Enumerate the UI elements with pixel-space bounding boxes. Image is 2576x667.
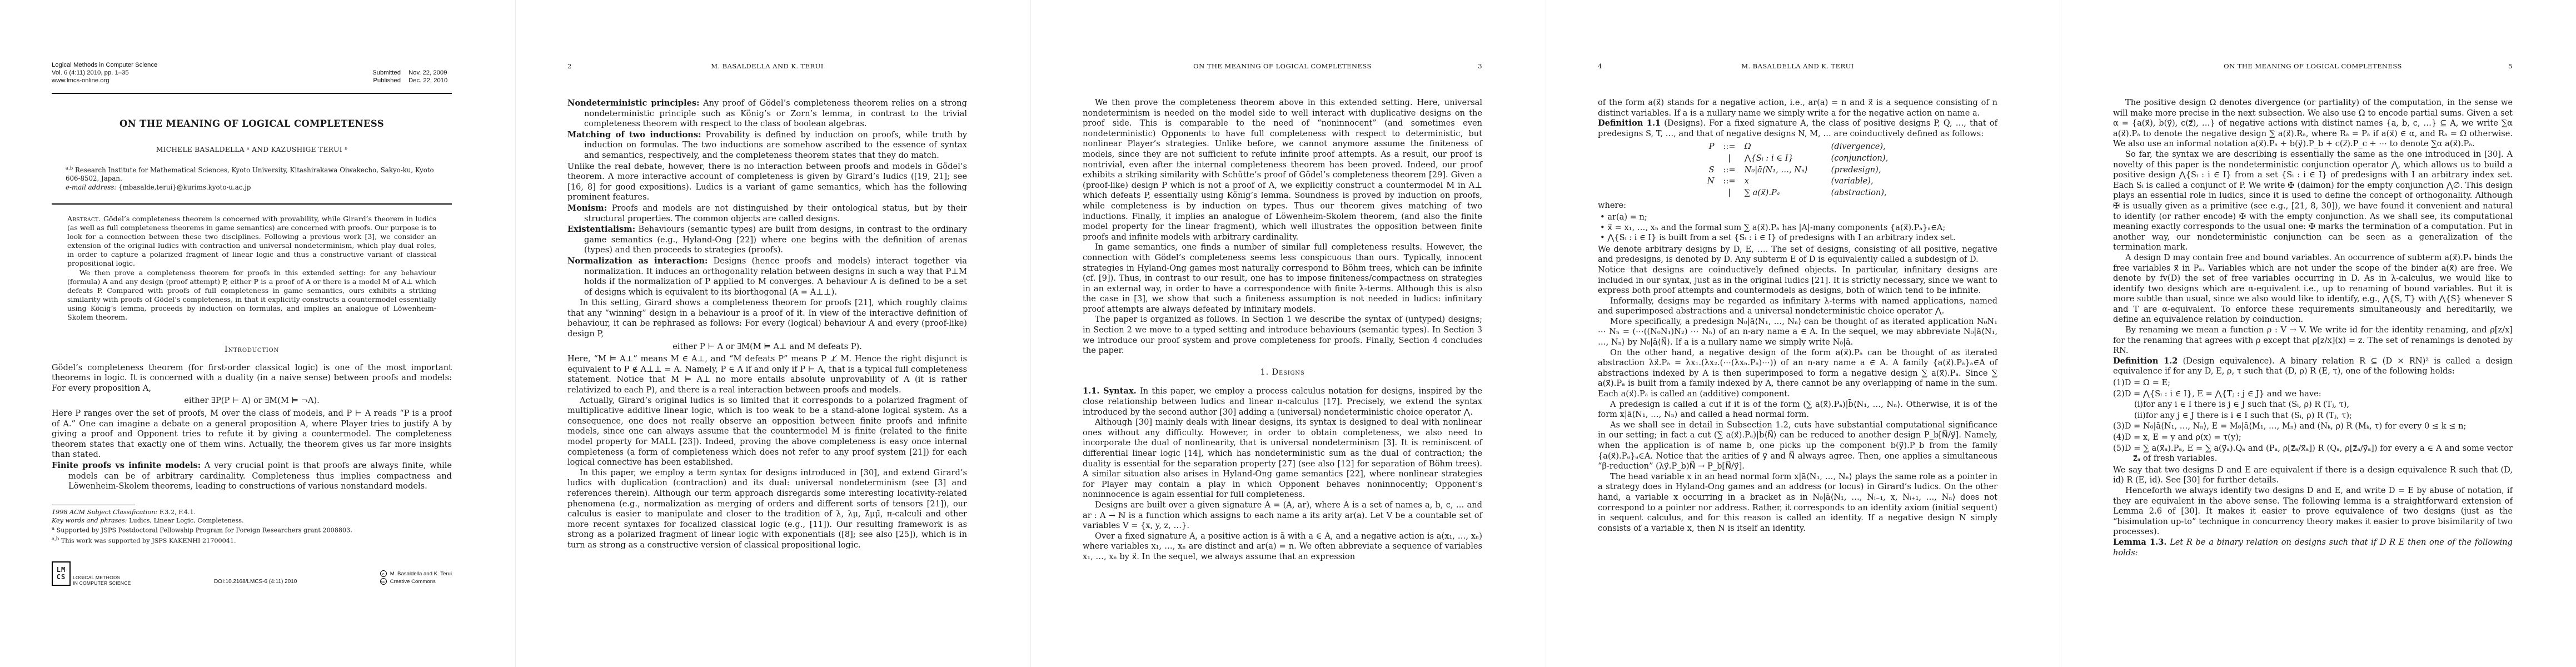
- running-title: M. BASALDELLA AND K. TERUI: [1631, 62, 1964, 70]
- numbered-item: (4)D = x, E = y and ρ(x) = τ(y);: [2113, 432, 2513, 443]
- item-text: Proofs and models are not distinguished …: [584, 203, 967, 223]
- copyright-text: M. Basaldella and K. Terui: [390, 571, 452, 577]
- numbered-subitem: (ii)for any j ∈ J there is i ∈ I such th…: [2113, 411, 2513, 421]
- section-heading: Introduction: [52, 345, 452, 355]
- running-head: ON THE MEANING OF LOGICAL COMPLETENESS 5: [2113, 62, 2513, 70]
- page-1: Logical Methods in Computer Science Vol.…: [0, 0, 515, 667]
- grammar-cell: |: [1723, 188, 1736, 198]
- item-label: Nondeterministic principles:: [567, 98, 700, 108]
- running-head: 2 M. BASALDELLA AND K. TERUI: [567, 62, 967, 70]
- item-number: (1): [2113, 378, 2125, 387]
- paragraph: As we shall see in detail in Subsection …: [1598, 420, 1997, 472]
- page-5-body: The positive design Ω denotes divergence…: [2113, 98, 2513, 558]
- submitted-date: Nov. 22, 2009: [408, 69, 452, 77]
- paragraph: In this setting, Girard shows a complete…: [567, 298, 967, 339]
- paragraph: In game semantics, one finds a number of…: [1083, 242, 1482, 315]
- bullet-item: • ⋀{Sᵢ : i ∈ I} is built from a set {Sᵢ …: [1598, 233, 1997, 243]
- lmcs-logo-bottom: CS: [57, 574, 66, 581]
- published-row: PublishedDec. 22, 2010: [372, 77, 452, 84]
- numbered-list: (1)D = Ω = E;(2)D = ⋀{Sᵢ : i ∈ I}, E = ⋀…: [2113, 378, 2513, 464]
- abstract-paragraph-1: Abstract. Gödel’s completeness theorem i…: [67, 215, 436, 268]
- paragraph: A predesign is called a cut if it is of …: [1598, 400, 1997, 420]
- paragraph: Although [30] mainly deals with linear d…: [1083, 417, 1482, 500]
- paper-spread: { "pages": [ { "front": { "masthead": { …: [0, 0, 2576, 667]
- item-text: D = N₀|ā⟨N₁, …, Nₙ⟩, E = M₀|ā⟨M₁, …, Mₙ⟩…: [2125, 421, 2467, 431]
- grammar-cell: x: [1745, 176, 1808, 187]
- labelled-item: Monism: Proofs and models are not distin…: [567, 203, 967, 224]
- bullet-icon: •: [1600, 233, 1607, 242]
- abstract-rule: [52, 203, 452, 205]
- license-block: cM. Basaldella and K. Terui ccCreative C…: [380, 570, 452, 586]
- page-4-body: of the form a(x⃗) stands for a negative …: [1598, 98, 1997, 534]
- email-label: e-mail address:: [66, 183, 116, 191]
- grammar-cell: (abstraction),: [1817, 188, 1889, 198]
- footnote-rule: [52, 505, 135, 505]
- item-text: Behaviours (semantic types) are built fr…: [584, 225, 967, 255]
- lmcs-caption-line2: IN COMPUTER SCIENCE: [73, 580, 131, 586]
- authors-line: MICHELE BASALDELLA ᵃ AND KAZUSHIGE TERUI…: [52, 146, 452, 153]
- def-paragraph: Definition 1.2 (Design equivalence). A b…: [2113, 356, 2513, 377]
- masthead-rule: [52, 93, 452, 94]
- journal-volume: Vol. 6 (4:11) 2010, pp. 1–35: [52, 69, 157, 77]
- grammar-cell: [1707, 153, 1715, 164]
- journal-name: Logical Methods in Computer Science: [52, 61, 157, 69]
- bullet-icon: •: [1600, 212, 1607, 222]
- page-number-right: [934, 62, 967, 70]
- copyright-line: cM. Basaldella and K. Terui: [380, 570, 452, 578]
- paragraph: More specifically, a predesign N₀|ā⟨N₁, …: [1598, 317, 1997, 348]
- page-4: 4 M. BASALDELLA AND K. TERUI of the form…: [1546, 0, 2061, 667]
- item-label: Normalization as interaction:: [567, 256, 707, 266]
- item-text: D = ∑ a(x⃗ₐ).Pₐ, E = ∑ a(y⃗ₐ).Qₐ and (Pₐ…: [2125, 444, 2513, 464]
- paragraph: A design D may contain free and bound va…: [2113, 253, 2513, 325]
- grammar-cell: S: [1707, 165, 1715, 176]
- item-label: Monism:: [567, 203, 607, 213]
- grammar-cell: |: [1723, 153, 1736, 164]
- footnote-keywords: Key words and phrases: Ludics, Linear Lo…: [52, 517, 452, 525]
- paren-note: (Designs).: [1664, 118, 1706, 128]
- paragraph: We then prove the completeness theorem a…: [1083, 98, 1482, 242]
- grammar-cell: ⋀{Sᵢ : i ∈ I}: [1745, 153, 1808, 164]
- page-number: [1083, 62, 1116, 70]
- paragraph: Here, “M ⊨ A⊥” means M ∈ A⊥, and “M defe…: [567, 354, 967, 395]
- submitted-label: Submitted: [372, 69, 401, 76]
- grammar-cell: ::=: [1723, 176, 1736, 187]
- labelled-item: Normalization as interaction: Designs (h…: [567, 256, 967, 297]
- numbered-item: (2)D = ⋀{Sᵢ : i ∈ I}, E = ⋀{Tⱼ : j ∈ J} …: [2113, 389, 2513, 400]
- footnote-marker: a,b: [52, 536, 59, 542]
- grammar-cell: (conjunction),: [1817, 153, 1889, 164]
- paragraph: Over a fixed signature A, a positive act…: [1083, 531, 1482, 563]
- labelled-item: Nondeterministic principles: Any proof o…: [567, 98, 967, 130]
- page-number: 2: [567, 62, 601, 70]
- grammar-cell: [1707, 188, 1715, 198]
- subitem-text: for any j ∈ J there is i ∈ I such that (…: [2146, 411, 2352, 420]
- page-2-body: Nondeterministic principles: Any proof o…: [567, 98, 967, 551]
- item-number: (5): [2113, 444, 2125, 453]
- grammar-cell: P: [1707, 142, 1715, 152]
- display-formula: either P ⊢ A or ∃M(M ⊨ A⊥ and M defeats …: [567, 342, 967, 352]
- footnotes: 1998 ACM Subject Classification: F.3.2, …: [52, 505, 452, 545]
- running-title: M. BASALDELLA AND K. TERUI: [601, 62, 934, 70]
- paragraph: The positive design Ω denotes divergence…: [2113, 98, 2513, 150]
- abstract-label: Abstract.: [67, 215, 101, 223]
- publisher-footer: LM CS LOGICAL METHODS IN COMPUTER SCIENC…: [52, 561, 452, 586]
- doi-text: DOI:10.2168/LMCS-6 (4:11) 2010: [131, 579, 380, 585]
- paragraph: Designs are built over a given signature…: [1083, 500, 1482, 531]
- footnote-support-ab: a,b This work was supported by JSPS KAKE…: [52, 535, 452, 545]
- item-number: (3): [2113, 421, 2125, 431]
- published-date: Dec. 22, 2010: [408, 77, 452, 84]
- page-spread: Logical Methods in Computer Science Vol.…: [0, 0, 2576, 667]
- grammar-cell: (divergence),: [1817, 142, 1889, 152]
- paragraph: We say that two designs D and E are equi…: [2113, 465, 2513, 486]
- paragraph: Here P ranges over the set of proofs, M …: [52, 409, 452, 460]
- lemma-text: Let R be a binary relation on designs su…: [2113, 537, 2513, 558]
- item-text: D = Ω = E;: [2125, 378, 2170, 387]
- footnote-support-a: a Supported by JSPS Postdoctoral Fellows…: [52, 525, 452, 535]
- paragraph-text: In this paper, we employ a process calcu…: [1083, 386, 1482, 416]
- labelled-item: Matching of two inductions: Provability …: [567, 130, 967, 161]
- display-formula: either ∃P(P ⊢ A) or ∃M(M ⊨ ¬A).: [52, 396, 452, 406]
- running-title: ON THE MEANING OF LOGICAL COMPLETENESS: [1116, 62, 1449, 70]
- subsection-paragraph: 1.1. Syntax. In this paper, we employ a …: [1083, 386, 1482, 417]
- license-text: Creative Commons: [390, 579, 436, 585]
- numbered-subitem: (i)for any i ∈ I there is j ∈ J such tha…: [2113, 400, 2513, 410]
- numbered-item: (1)D = Ω = E;: [2113, 378, 2513, 389]
- footnote-text: F.3.2, F.4.1.: [160, 509, 196, 516]
- paragraph: Unlike the real debate, however, there i…: [567, 162, 967, 203]
- bullet-text: ar(a) = n;: [1607, 212, 1647, 222]
- paragraph: We denote arbitrary designs by D, E, …. …: [1598, 245, 1997, 265]
- affiliation-block: a,b Research Institute for Mathematical …: [66, 165, 449, 192]
- footnote-marker: a: [52, 526, 54, 531]
- page-number-right: 3: [1449, 62, 1482, 70]
- affiliation-line: a,b Research Institute for Mathematical …: [66, 165, 449, 183]
- numbered-item: (5)D = ∑ a(x⃗ₐ).Pₐ, E = ∑ a(y⃗ₐ).Qₐ and …: [2113, 444, 2513, 464]
- item-text: D = ⋀{Sᵢ : i ∈ I}, E = ⋀{Tⱼ : j ∈ J} and…: [2125, 389, 2321, 399]
- def-paragraph: Definition 1.1 (Designs). For a fixed si…: [1598, 118, 1997, 139]
- footnote-text: Supported by JSPS Postdoctoral Fellowshi…: [57, 527, 352, 534]
- subitem-text: for any i ∈ I there is j ∈ J such that (…: [2143, 400, 2349, 409]
- paper-title: ON THE MEANING OF LOGICAL COMPLETENESS: [52, 118, 452, 129]
- def-label: Definition 1.2: [2113, 356, 2178, 366]
- page-1-body: IntroductionGödel’s completeness theorem…: [52, 337, 452, 505]
- abstract: Abstract. Gödel’s completeness theorem i…: [67, 215, 436, 322]
- copyright-icon: c: [380, 570, 387, 577]
- license-line: ccCreative Commons: [380, 578, 452, 586]
- grammar-cell: N: [1707, 176, 1715, 187]
- grammar-cell: N₀|ā⟨N₁, …, Nₙ⟩: [1745, 165, 1808, 176]
- affiliation-text: Research Institute for Mathematical Scie…: [66, 166, 434, 182]
- abstract-text-1: Gödel’s completeness theorem is concerne…: [67, 215, 436, 267]
- published-label: Published: [373, 77, 401, 84]
- item-label: Finite proofs vs infinite models:: [52, 461, 201, 470]
- journal-url: www.lmcs-online.org: [52, 77, 157, 84]
- footnote-label: 1998 ACM Subject Classification:: [52, 509, 157, 516]
- bullet-icon: •: [1600, 223, 1607, 232]
- email-line: e-mail address: {mbasalde,terui}@kurims.…: [66, 183, 449, 192]
- lmcs-caption: LOGICAL METHODS IN COMPUTER SCIENCE: [73, 575, 131, 586]
- footnote-text: Ludics, Linear Logic, Completeness.: [129, 517, 243, 524]
- page-5: ON THE MEANING OF LOGICAL COMPLETENESS 5…: [2061, 0, 2576, 667]
- grammar-cell: ::=: [1723, 165, 1736, 176]
- bullet-item: • x⃗ = x₁, …, xₙ and the formal sum ∑ a(…: [1598, 223, 1997, 233]
- page-number-right: 5: [2479, 62, 2513, 70]
- grammar-cell: ∑ a(x⃗).Pₐ: [1745, 188, 1808, 198]
- page-number-right: [1964, 62, 1997, 70]
- bullet-item: • ar(a) = n;: [1598, 212, 1997, 223]
- journal-masthead: Logical Methods in Computer Science Vol.…: [52, 61, 452, 84]
- lemma-label: Lemma 1.3.: [2113, 537, 2166, 547]
- page-2: 2 M. BASALDELLA AND K. TERUI Nondetermin…: [515, 0, 1030, 667]
- bullet-text: x⃗ = x₁, …, xₙ and the formal sum ∑ a(x⃗…: [1607, 223, 1945, 232]
- submission-dates: SubmittedNov. 22, 2009 PublishedDec. 22,…: [372, 69, 452, 84]
- subsection-title: 1.1. Syntax.: [1083, 386, 1137, 396]
- paragraph: Gödel’s completeness theorem (for first-…: [52, 363, 452, 394]
- paragraph: In this paper, we employ a term syntax f…: [567, 468, 967, 551]
- paragraph: Actually, Girard’s original ludics is so…: [567, 396, 967, 468]
- grammar-grid: P::=Ω(divergence),|⋀{Sᵢ : i ∈ I}(conjunc…: [1707, 142, 1889, 198]
- section-heading: 1. Designs: [1083, 367, 1482, 378]
- item-number: (2): [2113, 389, 2125, 399]
- paragraph: On the other hand, a negative design of …: [1598, 348, 1997, 400]
- grammar-cell: Ω: [1745, 142, 1808, 152]
- journal-info: Logical Methods in Computer Science Vol.…: [52, 61, 157, 84]
- page-number: [2113, 62, 2146, 70]
- paragraph: The head variable x in an head normal fo…: [1598, 472, 1997, 534]
- lmcs-caption-line1: LOGICAL METHODS: [73, 575, 131, 580]
- def-label: Definition 1.1: [1598, 118, 1661, 128]
- subitem-number: (i): [2134, 400, 2143, 409]
- subitem-number: (ii): [2134, 411, 2146, 420]
- email-address: {mbasalde,terui}@kurims.kyoto-u.ac.jp: [118, 183, 251, 191]
- running-head: ON THE MEANING OF LOGICAL COMPLETENESS 3: [1083, 62, 1482, 70]
- running-title: ON THE MEANING OF LOGICAL COMPLETENESS: [2146, 62, 2479, 70]
- abstract-paragraph-2: We then prove a completeness theorem for…: [67, 268, 436, 322]
- grammar-cell: (variable),: [1817, 176, 1889, 187]
- grammar-cell: (predesign),: [1817, 165, 1889, 176]
- numbered-item: (3)D = N₀|ā⟨N₁, …, Nₙ⟩, E = M₀|ā⟨M₁, …, …: [2113, 421, 2513, 432]
- paragraph: By renaming we mean a function ρ : V → V…: [2113, 325, 2513, 356]
- lmcs-logo-group: LM CS LOGICAL METHODS IN COMPUTER SCIENC…: [52, 561, 131, 586]
- labelled-item: Existentialism: Behaviours (semantic typ…: [567, 225, 967, 256]
- page-number: 4: [1598, 62, 1631, 70]
- paragraph: So far, the syntax we are describing is …: [2113, 150, 2513, 253]
- paren-note: (Design equivalence).: [2183, 356, 2275, 366]
- page-3-body: We then prove the completeness theorem a…: [1083, 98, 1482, 563]
- paragraph: of the form a(x⃗) stands for a negative …: [1598, 98, 1997, 118]
- affiliation-marker: a,b: [66, 166, 73, 171]
- lemma-paragraph: Lemma 1.3. Let R be a binary relation on…: [2113, 537, 2513, 558]
- bullet-list: • ar(a) = n;• x⃗ = x₁, …, xₙ and the for…: [1598, 212, 1997, 243]
- item-label: Matching of two inductions:: [567, 130, 701, 140]
- paragraph: Henceforth we always identify two design…: [2113, 486, 2513, 537]
- item-text: D = x, E = y and ρ(x) = τ(y);: [2125, 432, 2241, 442]
- running-head: 4 M. BASALDELLA AND K. TERUI: [1598, 62, 1997, 70]
- paragraph: The paper is organized as follows. In Se…: [1083, 315, 1482, 356]
- submitted-row: SubmittedNov. 22, 2009: [372, 69, 452, 77]
- lmcs-logo-icon: LM CS: [52, 561, 71, 586]
- footnote-label: Key words and phrases:: [52, 517, 127, 524]
- item-label: Existentialism:: [567, 225, 635, 234]
- item-number: (4): [2113, 432, 2125, 442]
- grammar-cell: ::=: [1723, 142, 1736, 152]
- creative-commons-icon: cc: [380, 578, 387, 585]
- page-3: ON THE MEANING OF LOGICAL COMPLETENESS 3…: [1030, 0, 1546, 667]
- paragraph: Notice that designs are coinductively de…: [1598, 265, 1997, 296]
- bullet-text: ⋀{Sᵢ : i ∈ I} is built from a set {Sᵢ : …: [1607, 233, 1955, 242]
- footnote-text: This work was supported by JSPS KAKENHI …: [61, 537, 236, 544]
- footnote-classification: 1998 ACM Subject Classification: F.3.2, …: [52, 509, 452, 517]
- grammar-block: P::=Ω(divergence),|⋀{Sᵢ : i ∈ I}(conjunc…: [1598, 142, 1997, 198]
- labelled-item: Finite proofs vs infinite models: A very…: [52, 461, 452, 492]
- paragraph: Informally, designs may be regarded as i…: [1598, 296, 1997, 317]
- paragraph: where:: [1598, 201, 1997, 211]
